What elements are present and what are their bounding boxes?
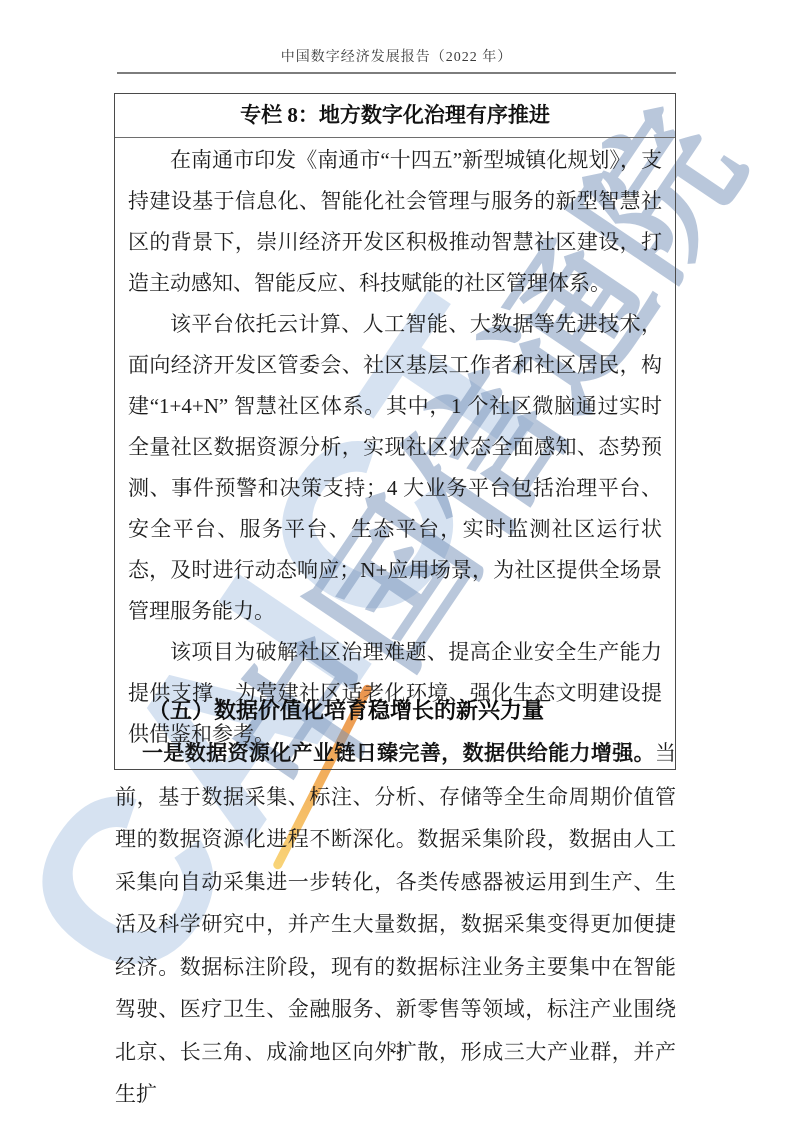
body-paragraph: 一是数据资源化产业链日臻完善，数据供给能力增强。当前，基于数据采集、标注、分析、… xyxy=(115,732,676,1116)
running-header: 中国数字经济发展报告（2022 年） xyxy=(0,46,793,66)
header-rule xyxy=(117,72,676,74)
section-heading: （五）数据价值化培育稳增长的新兴力量 xyxy=(115,694,675,725)
document-page: CAICT 中国信通院 中国数字经济发展报告（2022 年） 专栏 8：地方数字… xyxy=(0,0,793,1122)
page-number: 23 xyxy=(0,1040,793,1056)
callout-paragraph: 该平台依托云计算、人工智能、大数据等先进技术，面向经济开发区管委会、社区基层工作… xyxy=(128,304,662,632)
callout-box-title: 专栏 8：地方数字化治理有序推进 xyxy=(115,94,675,138)
section-body: 一是数据资源化产业链日臻完善，数据供给能力增强。当前，基于数据采集、标注、分析、… xyxy=(115,732,676,1116)
callout-box-body: 在南通市印发《南通市“十四五”新型城镇化规划》，支持建设基于信息化、智能化社会管… xyxy=(115,138,675,769)
callout-box: 专栏 8：地方数字化治理有序推进 在南通市印发《南通市“十四五”新型城镇化规划》… xyxy=(114,93,676,770)
callout-paragraph: 在南通市印发《南通市“十四五”新型城镇化规划》，支持建设基于信息化、智能化社会管… xyxy=(128,140,662,304)
paragraph-lead-bold: 一是数据资源化产业链日臻完善，数据供给能力增强。 xyxy=(142,742,655,765)
